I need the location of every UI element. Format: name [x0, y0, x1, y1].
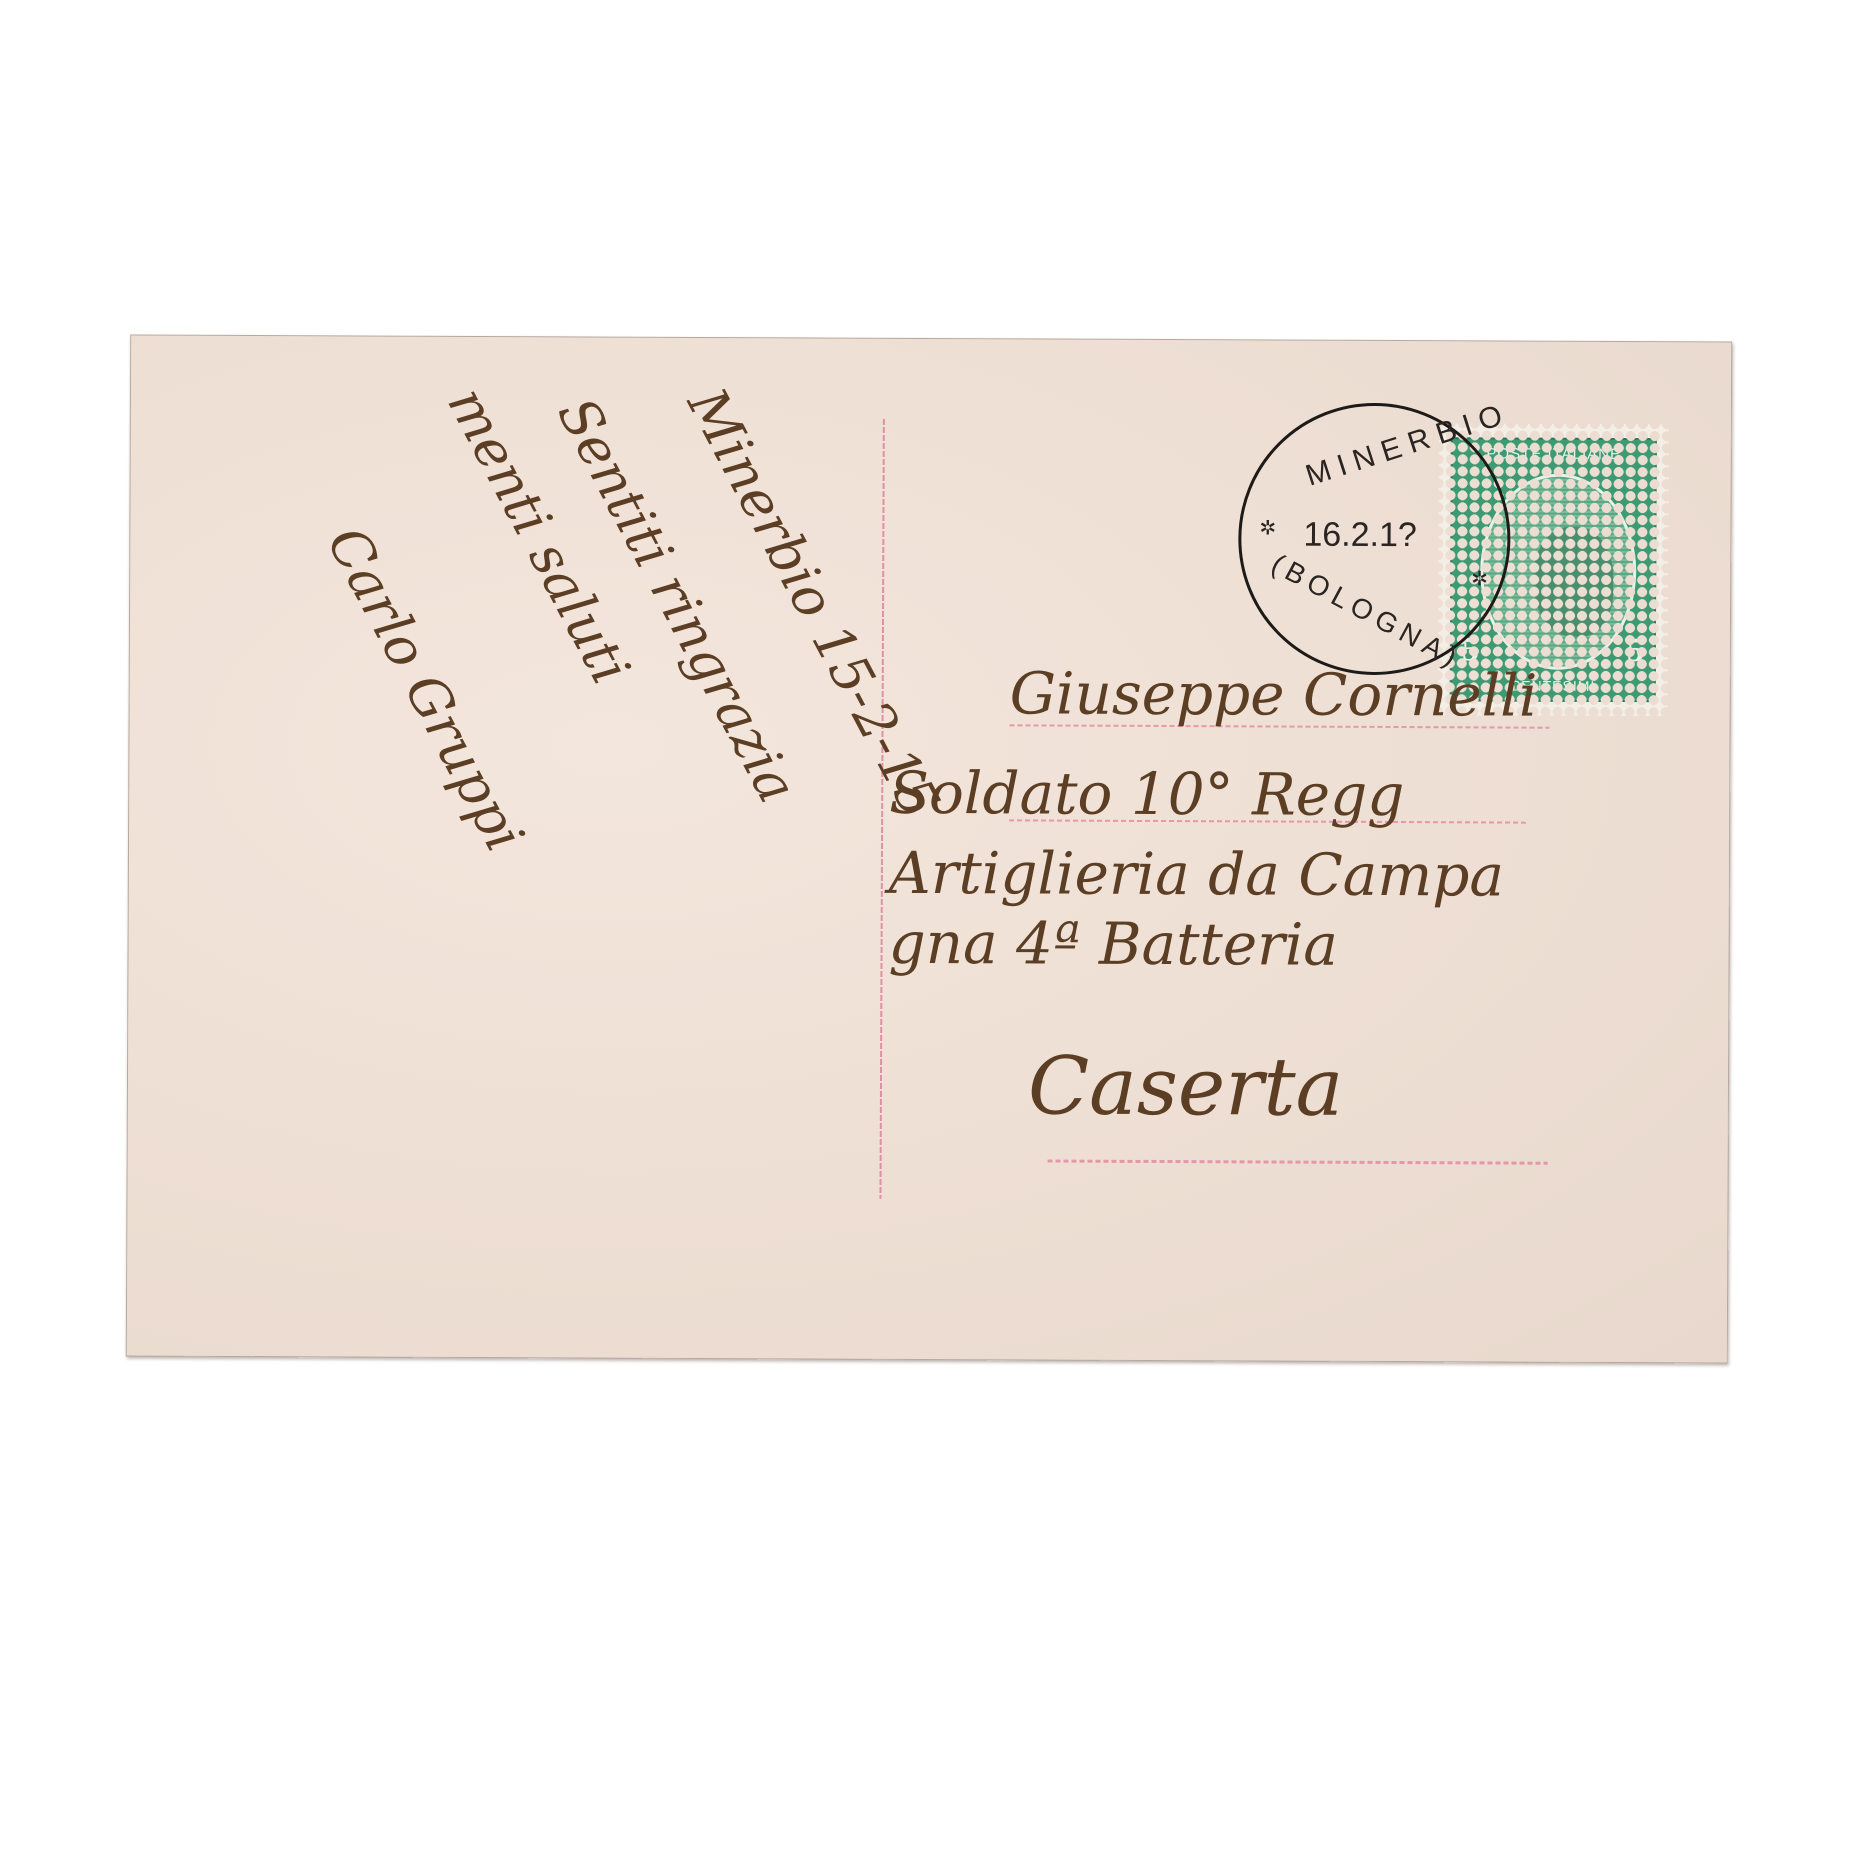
center-divider-line: [879, 419, 884, 1199]
signature: Carlo Gruppi: [315, 517, 537, 862]
postmark-date: 16.2.1?: [1303, 516, 1417, 555]
recipient-name: Giuseppe Cornelli: [1010, 659, 1538, 729]
stamp-denomination-right: 5: [1627, 632, 1644, 670]
address-line-3: gna 4ª Batteria: [888, 909, 1338, 979]
king-portrait-icon: [1533, 527, 1613, 637]
address-rule-city: [1048, 1160, 1548, 1165]
message-line-1: Minerbio 15-2-15: [675, 378, 952, 828]
star-icon: ✲: [1259, 515, 1276, 539]
destination-city: Caserta: [1028, 1039, 1344, 1133]
star-icon: ✲: [1471, 566, 1488, 590]
postmark-cancellation: MINERBIO ✲ ✲ 16.2.1? (BOLOGNA): [1238, 402, 1511, 675]
address-line-2: Artiglieria da Campa: [889, 839, 1504, 910]
postcard: POSTE ITALIANE 5 5 CENTESIMI MINERBIO ✲ …: [126, 335, 1732, 1364]
postmark-province: (BOLOGNA): [1266, 548, 1467, 676]
address-line-1: Soldato 10° Regg: [889, 759, 1404, 829]
